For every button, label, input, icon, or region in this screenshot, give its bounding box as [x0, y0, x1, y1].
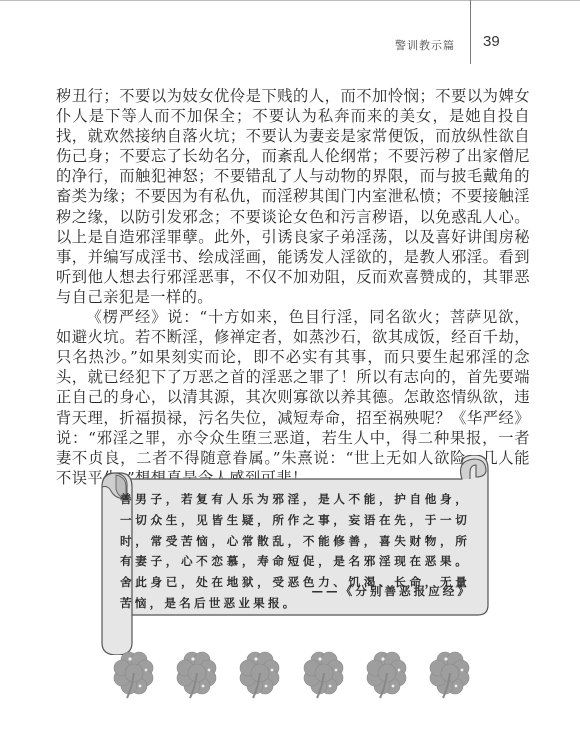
four-leaf-clover-icon [302, 650, 346, 706]
four-leaf-clover-icon [238, 650, 282, 706]
quote-source: ——《分别善恶报应经》 [311, 583, 472, 599]
header-divider [470, 0, 471, 64]
paragraph: 秽丑行；不要以为妓女优伶是下贱的人，而不加怜悯；不要以为婢女仆人是下等人而不加保… [56, 86, 530, 307]
four-leaf-clover-icon [428, 650, 472, 706]
four-leaf-clover-icon [365, 650, 409, 706]
four-leaf-clover-icon [112, 650, 156, 706]
body-text: 秽丑行；不要以为妓女优伶是下贱的人，而不加怜悯；不要以为婢女仆人是下等人而不加保… [56, 86, 530, 488]
page-number: 39 [483, 33, 500, 50]
four-leaf-clover-icon [175, 650, 219, 706]
header-rule [0, 0, 580, 1]
clover-row [112, 650, 472, 710]
running-head: 警训教示篇 [395, 37, 455, 53]
